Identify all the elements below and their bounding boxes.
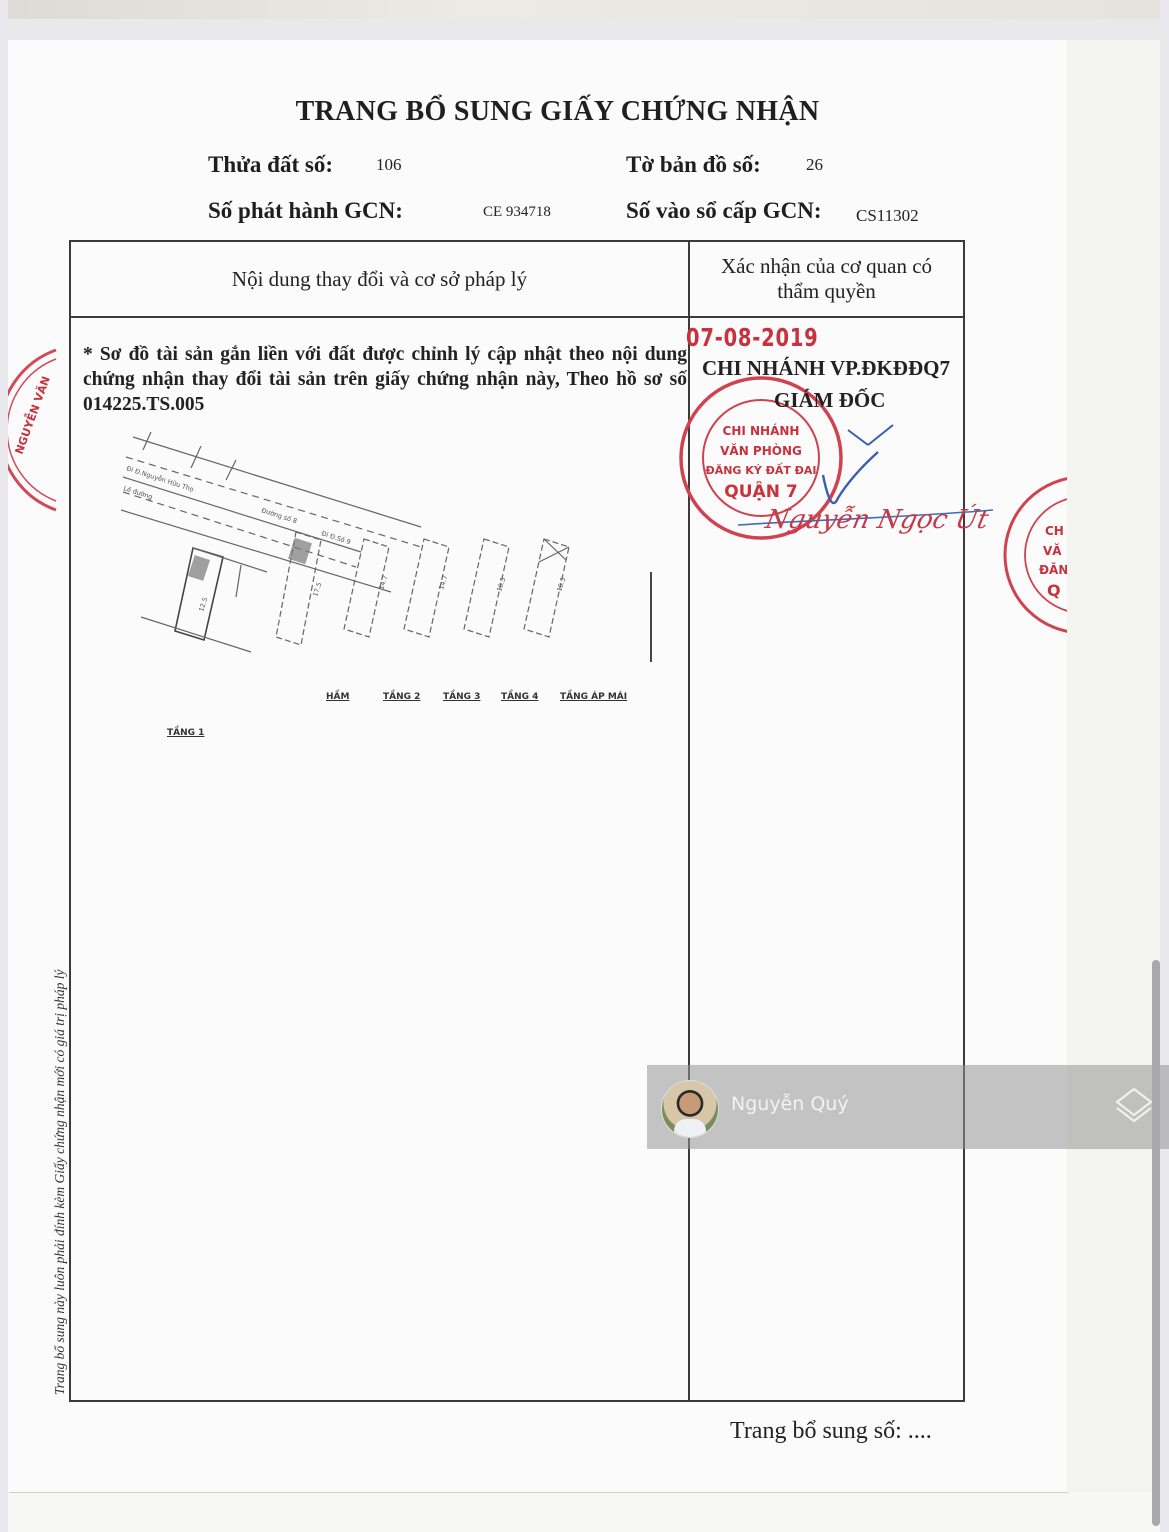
poster-overlay-bar[interactable]: Nguyễn Quý: [647, 1065, 1169, 1149]
issue-no-value: CE 934718: [483, 204, 551, 221]
user-name[interactable]: Nguyễn Quý: [731, 1093, 849, 1115]
column-header-confirmation-text: Xác nhận của cơ quan có thẩm quyền: [702, 254, 952, 304]
svg-text:NGUYỄN VĂN: NGUYỄN VĂN: [11, 374, 53, 456]
svg-text:CH: CH: [1045, 524, 1064, 538]
svg-text:17.5: 17.5: [311, 581, 323, 597]
page-title: TRANG BỔ SUNG GIẤY CHỨNG NHẬN: [8, 96, 1067, 128]
floor-label-3: TẦNG 3: [443, 692, 480, 702]
certificate-sheet: NGUYỄN VĂN TRANG BỔ SUNG GIẤY CHỨNG NHẬN…: [8, 40, 1067, 1492]
svg-text:14.7: 14.7: [437, 574, 449, 590]
svg-text:Q: Q: [1047, 581, 1061, 600]
column-header-changes: Nội dung thay đổi và cơ sở pháp lý: [71, 242, 688, 316]
right-seal-icon: CH VĂ ĐĂN Q: [1003, 470, 1067, 640]
signer-name: Nguyễn Ngọc Út: [763, 505, 991, 535]
document-viewer[interactable]: NGUYỄN VĂN TRANG BỔ SUNG GIẤY CHỨNG NHẬN…: [8, 40, 1160, 1532]
register-no-value: CS11302: [856, 206, 919, 226]
supplement-page-number: Trang bổ sung số: ....: [730, 1418, 932, 1445]
svg-text:Lề đường: Lề đường: [122, 484, 153, 501]
map-sheet-value: 26: [806, 155, 823, 175]
column-header-confirmation: Xác nhận của cơ quan có thẩm quyền: [690, 242, 963, 316]
issue-no-label: Số phát hành GCN:: [208, 198, 403, 224]
parcel-value: 106: [376, 155, 402, 175]
floor-label-roof: TẦNG ÁP MÁI: [560, 692, 627, 702]
previous-image-strip: [8, 0, 1160, 19]
svg-text:10.5: 10.5: [555, 576, 567, 592]
left-seal-icon: NGUYỄN VĂN: [8, 345, 58, 515]
floor-label-4: TẦNG 4: [501, 692, 538, 702]
user-avatar[interactable]: [661, 1080, 719, 1138]
svg-text:10.5: 10.5: [495, 576, 507, 592]
parcel-label: Thửa đất số:: [208, 152, 333, 178]
office-name: CHI NHÁNH VP.ĐKĐĐQ7: [702, 356, 950, 381]
date-stamp: 07-08-2019: [686, 323, 819, 352]
svg-text:VĂ: VĂ: [1043, 543, 1062, 558]
map-sheet-label: Tờ bản đồ số:: [626, 152, 761, 178]
register-no-label: Số vào sổ cấp GCN:: [626, 198, 822, 224]
header-divider: [71, 316, 963, 318]
svg-text:12.5: 12.5: [197, 596, 209, 612]
page-margin: [1067, 40, 1160, 1492]
svg-text:ĐĂN: ĐĂN: [1039, 562, 1067, 577]
vertical-scrollbar[interactable]: [1152, 960, 1160, 1526]
floor-label-basement: HẦM: [326, 692, 349, 702]
floor-label-1: TẦNG 1: [167, 728, 204, 738]
svg-text:14.7: 14.7: [377, 574, 389, 590]
layers-logo-icon: [1113, 1085, 1155, 1127]
floor-label-2: TẦNG 2: [383, 692, 420, 702]
side-note: Trang bổ sung này luôn phải đính kèm Giấ…: [52, 969, 68, 1395]
change-note: * Sơ đồ tài sản gắn liền với đất được ch…: [83, 342, 687, 417]
